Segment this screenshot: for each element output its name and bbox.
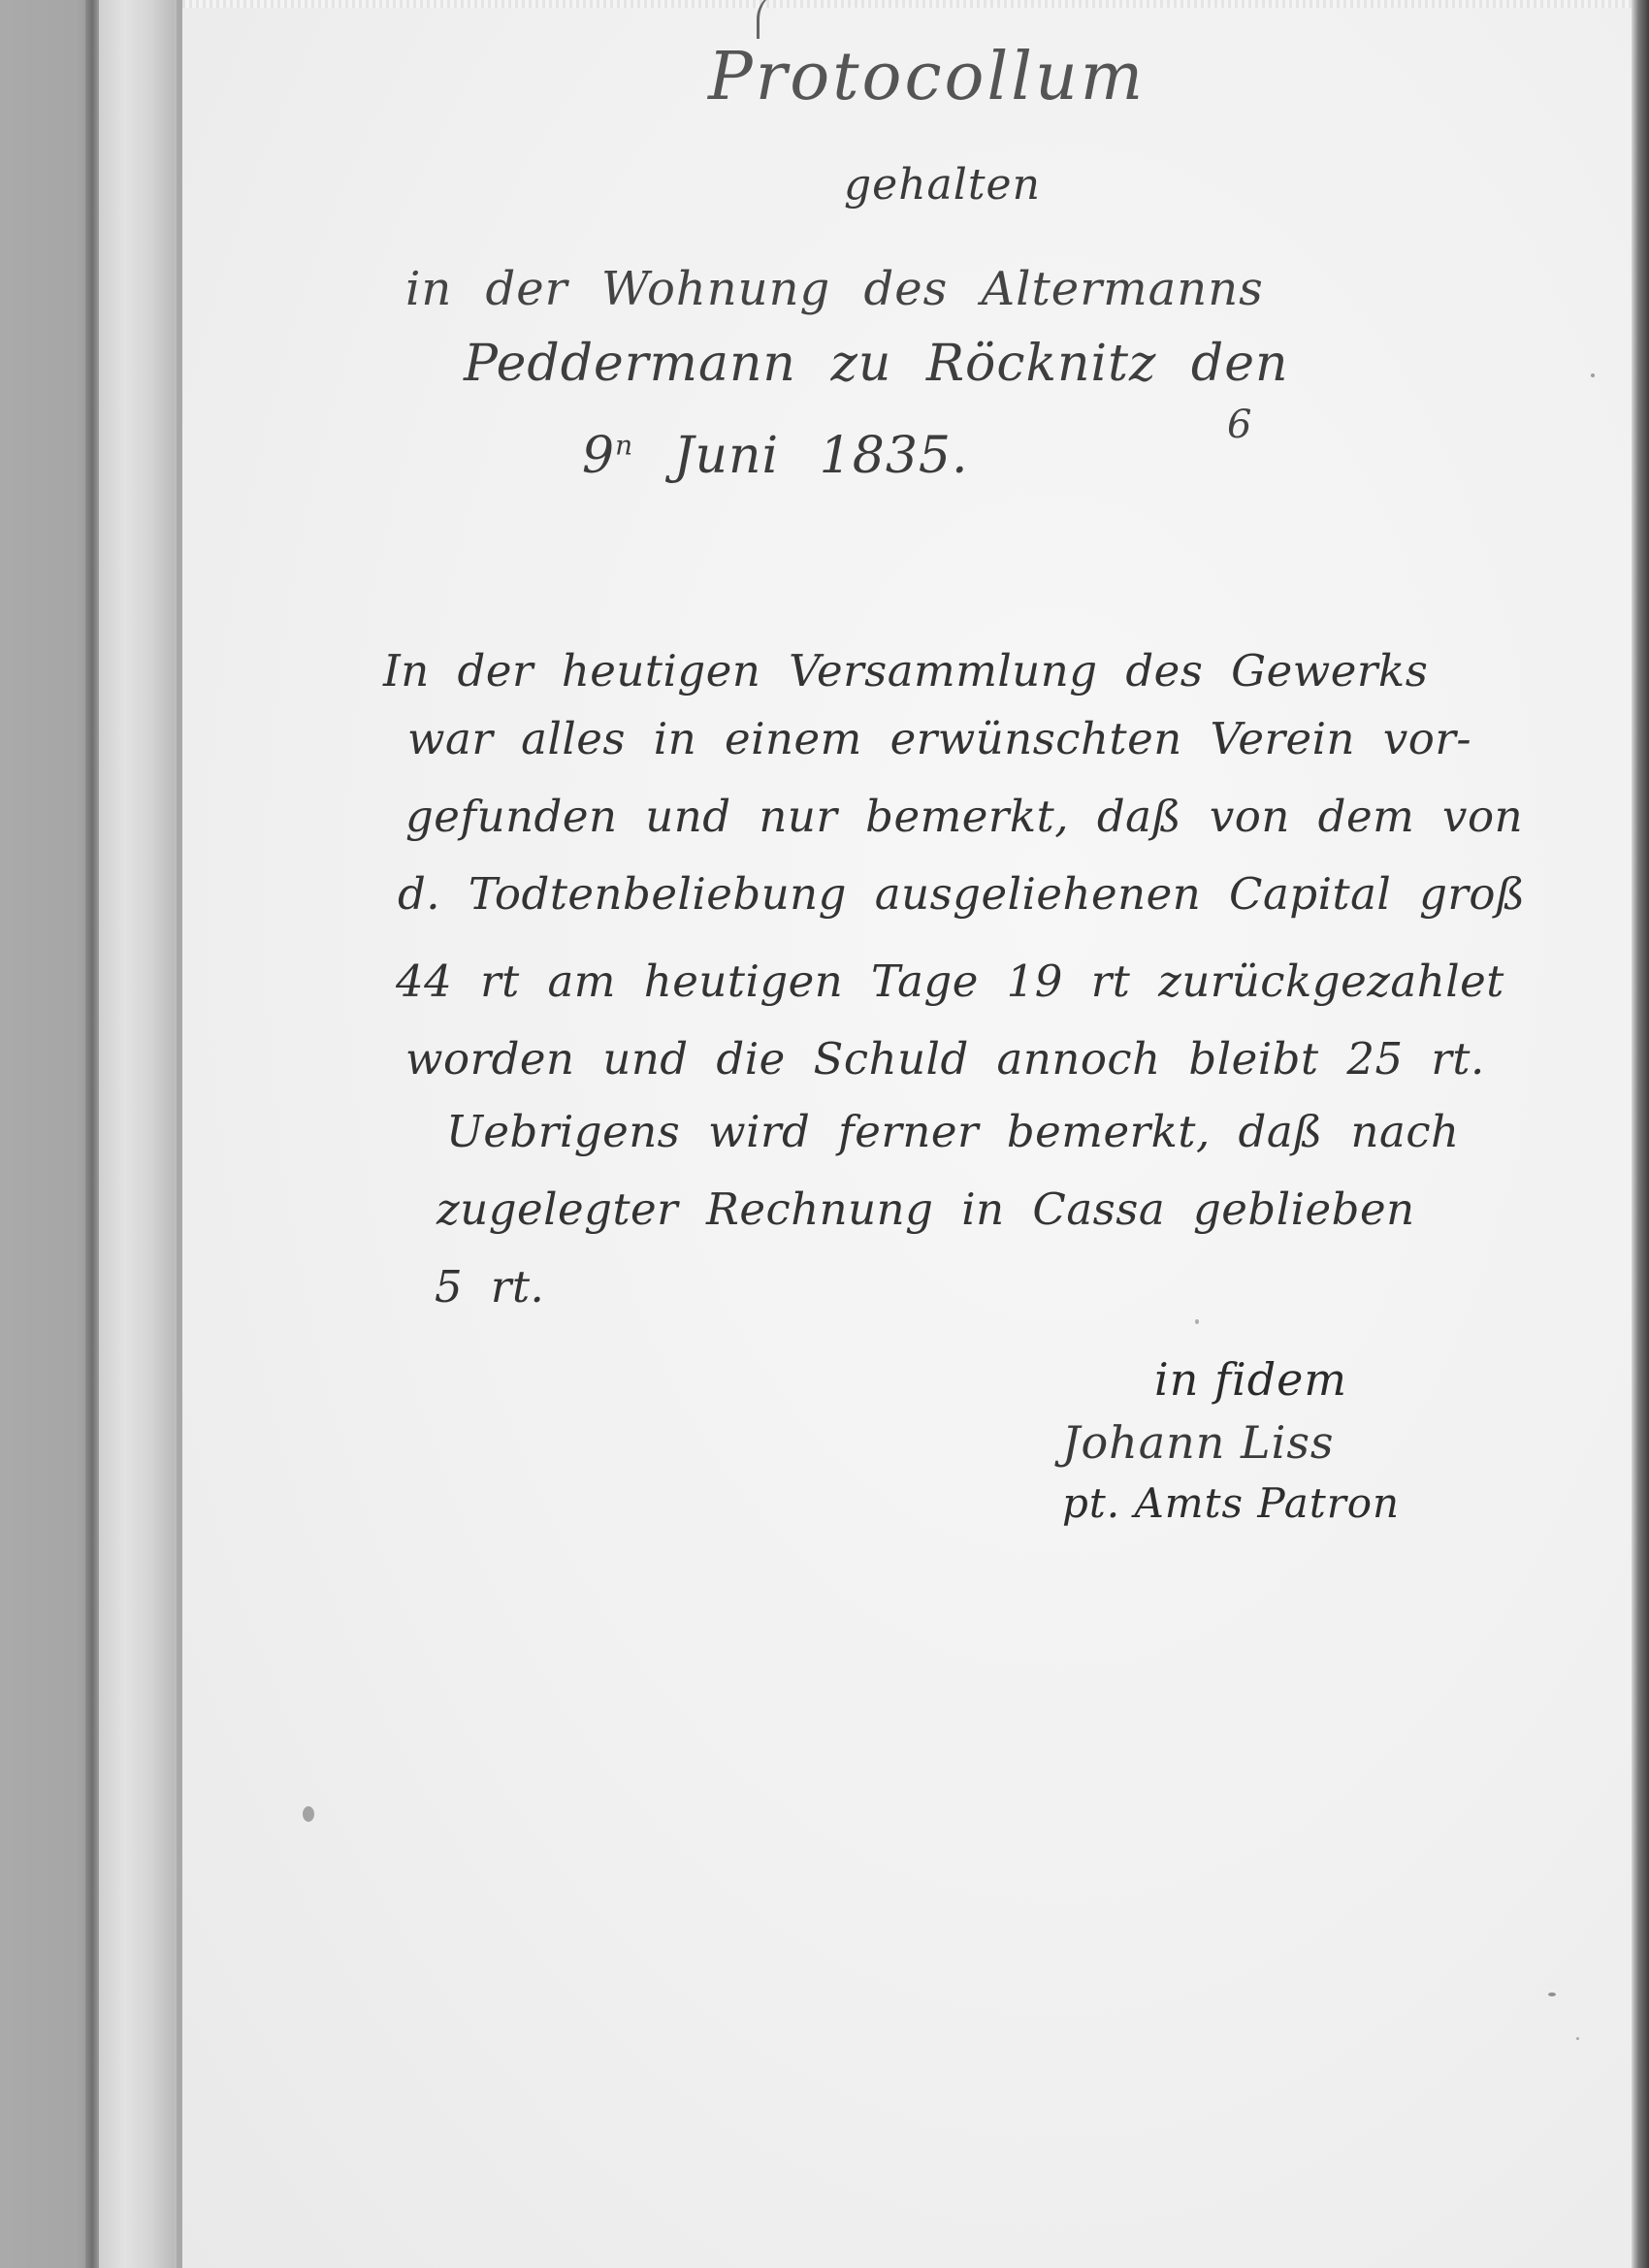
document-date: 9n Juni 1835. [582,427,969,485]
paper-speck [1576,2037,1579,2040]
paper-speck [1548,1993,1556,1996]
body-line: d. Todtenbeliebung ausgeliehenen Capital… [398,868,1526,920]
body-line: In der heutigen Versammlung des Gewerks [383,645,1428,697]
body-line: war alles in einem erwünschten Verein vo… [407,713,1471,764]
body-line: worden und die Schuld annoch bleibt 25 r… [405,1033,1485,1085]
closing-formula: in fidem [1154,1353,1347,1406]
body-line: 5 rt. [435,1261,544,1312]
address-line-1: in der Wohnung des Altermanns [405,262,1264,316]
paper-speck [1195,1319,1199,1324]
book-spine-shadow [85,0,99,2268]
page-top-edge [182,0,1635,8]
document-title: Protocollum [708,39,1146,115]
book-gutter-band [99,0,186,2268]
signature-title: pt. Amts Patron [1062,1479,1400,1527]
signature-name: Johann Liss [1062,1416,1335,1469]
date-day-suffix: n [615,430,633,462]
title-flourish [757,0,818,39]
address-mark: 6 [1227,403,1252,447]
page-right-edge-shadow [1632,0,1649,2268]
body-line: Uebrigens wird ferner bemerkt, daß nach [446,1106,1460,1157]
book-spine-background [0,0,89,2268]
date-month-year: Juni 1835. [674,427,969,485]
body-line: zugelegter Rechnung in Cassa geblieben [436,1183,1415,1235]
body-line: gefunden und nur bemerkt, daß von dem vo… [405,791,1523,842]
paper-speck [1591,373,1595,377]
date-day: 9 [582,427,615,485]
address-line-2: Peddermann zu Röcknitz den [464,335,1288,393]
paper-stain [303,1806,314,1822]
body-line: 44 rt am heutigen Tage 19 rt zurückgezah… [396,956,1504,1007]
document-subtitle: gehalten [844,160,1041,210]
